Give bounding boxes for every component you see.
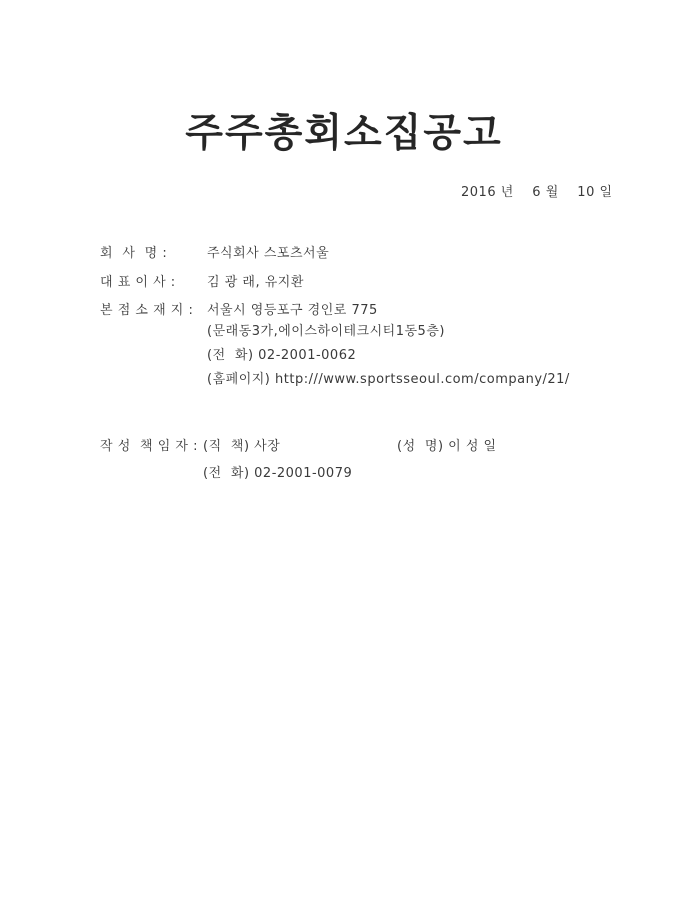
company-phone: (전 화) 02-2001-0062 [207, 348, 356, 363]
document-page: 주주총회소집공고 2016 년 6 월 10 일 회 사 명 : 주식회사 스포… [0, 0, 674, 924]
document-date: 2016 년 6 월 10 일 [461, 185, 613, 200]
writer-phone: (전 화) 02-2001-0079 [203, 466, 352, 481]
document-title: 주주총회소집공고 [0, 102, 674, 158]
company-homepage: (홈페이지) http:///www.sportsseoul.com/compa… [207, 372, 570, 387]
writer-position: (직 책) 사장 [203, 439, 280, 454]
head-office-address-detail: (문래동3가,에이스하이테크시티1동5층) [207, 324, 445, 339]
ceo-label: 대 표 이 사 : [100, 275, 176, 290]
head-office-label: 본 점 소 재 지 : [100, 303, 193, 318]
head-office-address: 서울시 영등포구 경인로 775 [207, 303, 378, 318]
ceo-value: 김 광 래, 유지환 [207, 275, 304, 290]
writer-label: 작 성 책 임 자 : [100, 439, 198, 454]
company-name-value: 주식회사 스포츠서울 [207, 246, 329, 261]
writer-name: (성 명) 이 성 일 [397, 439, 497, 454]
company-name-label: 회 사 명 : [100, 246, 167, 261]
